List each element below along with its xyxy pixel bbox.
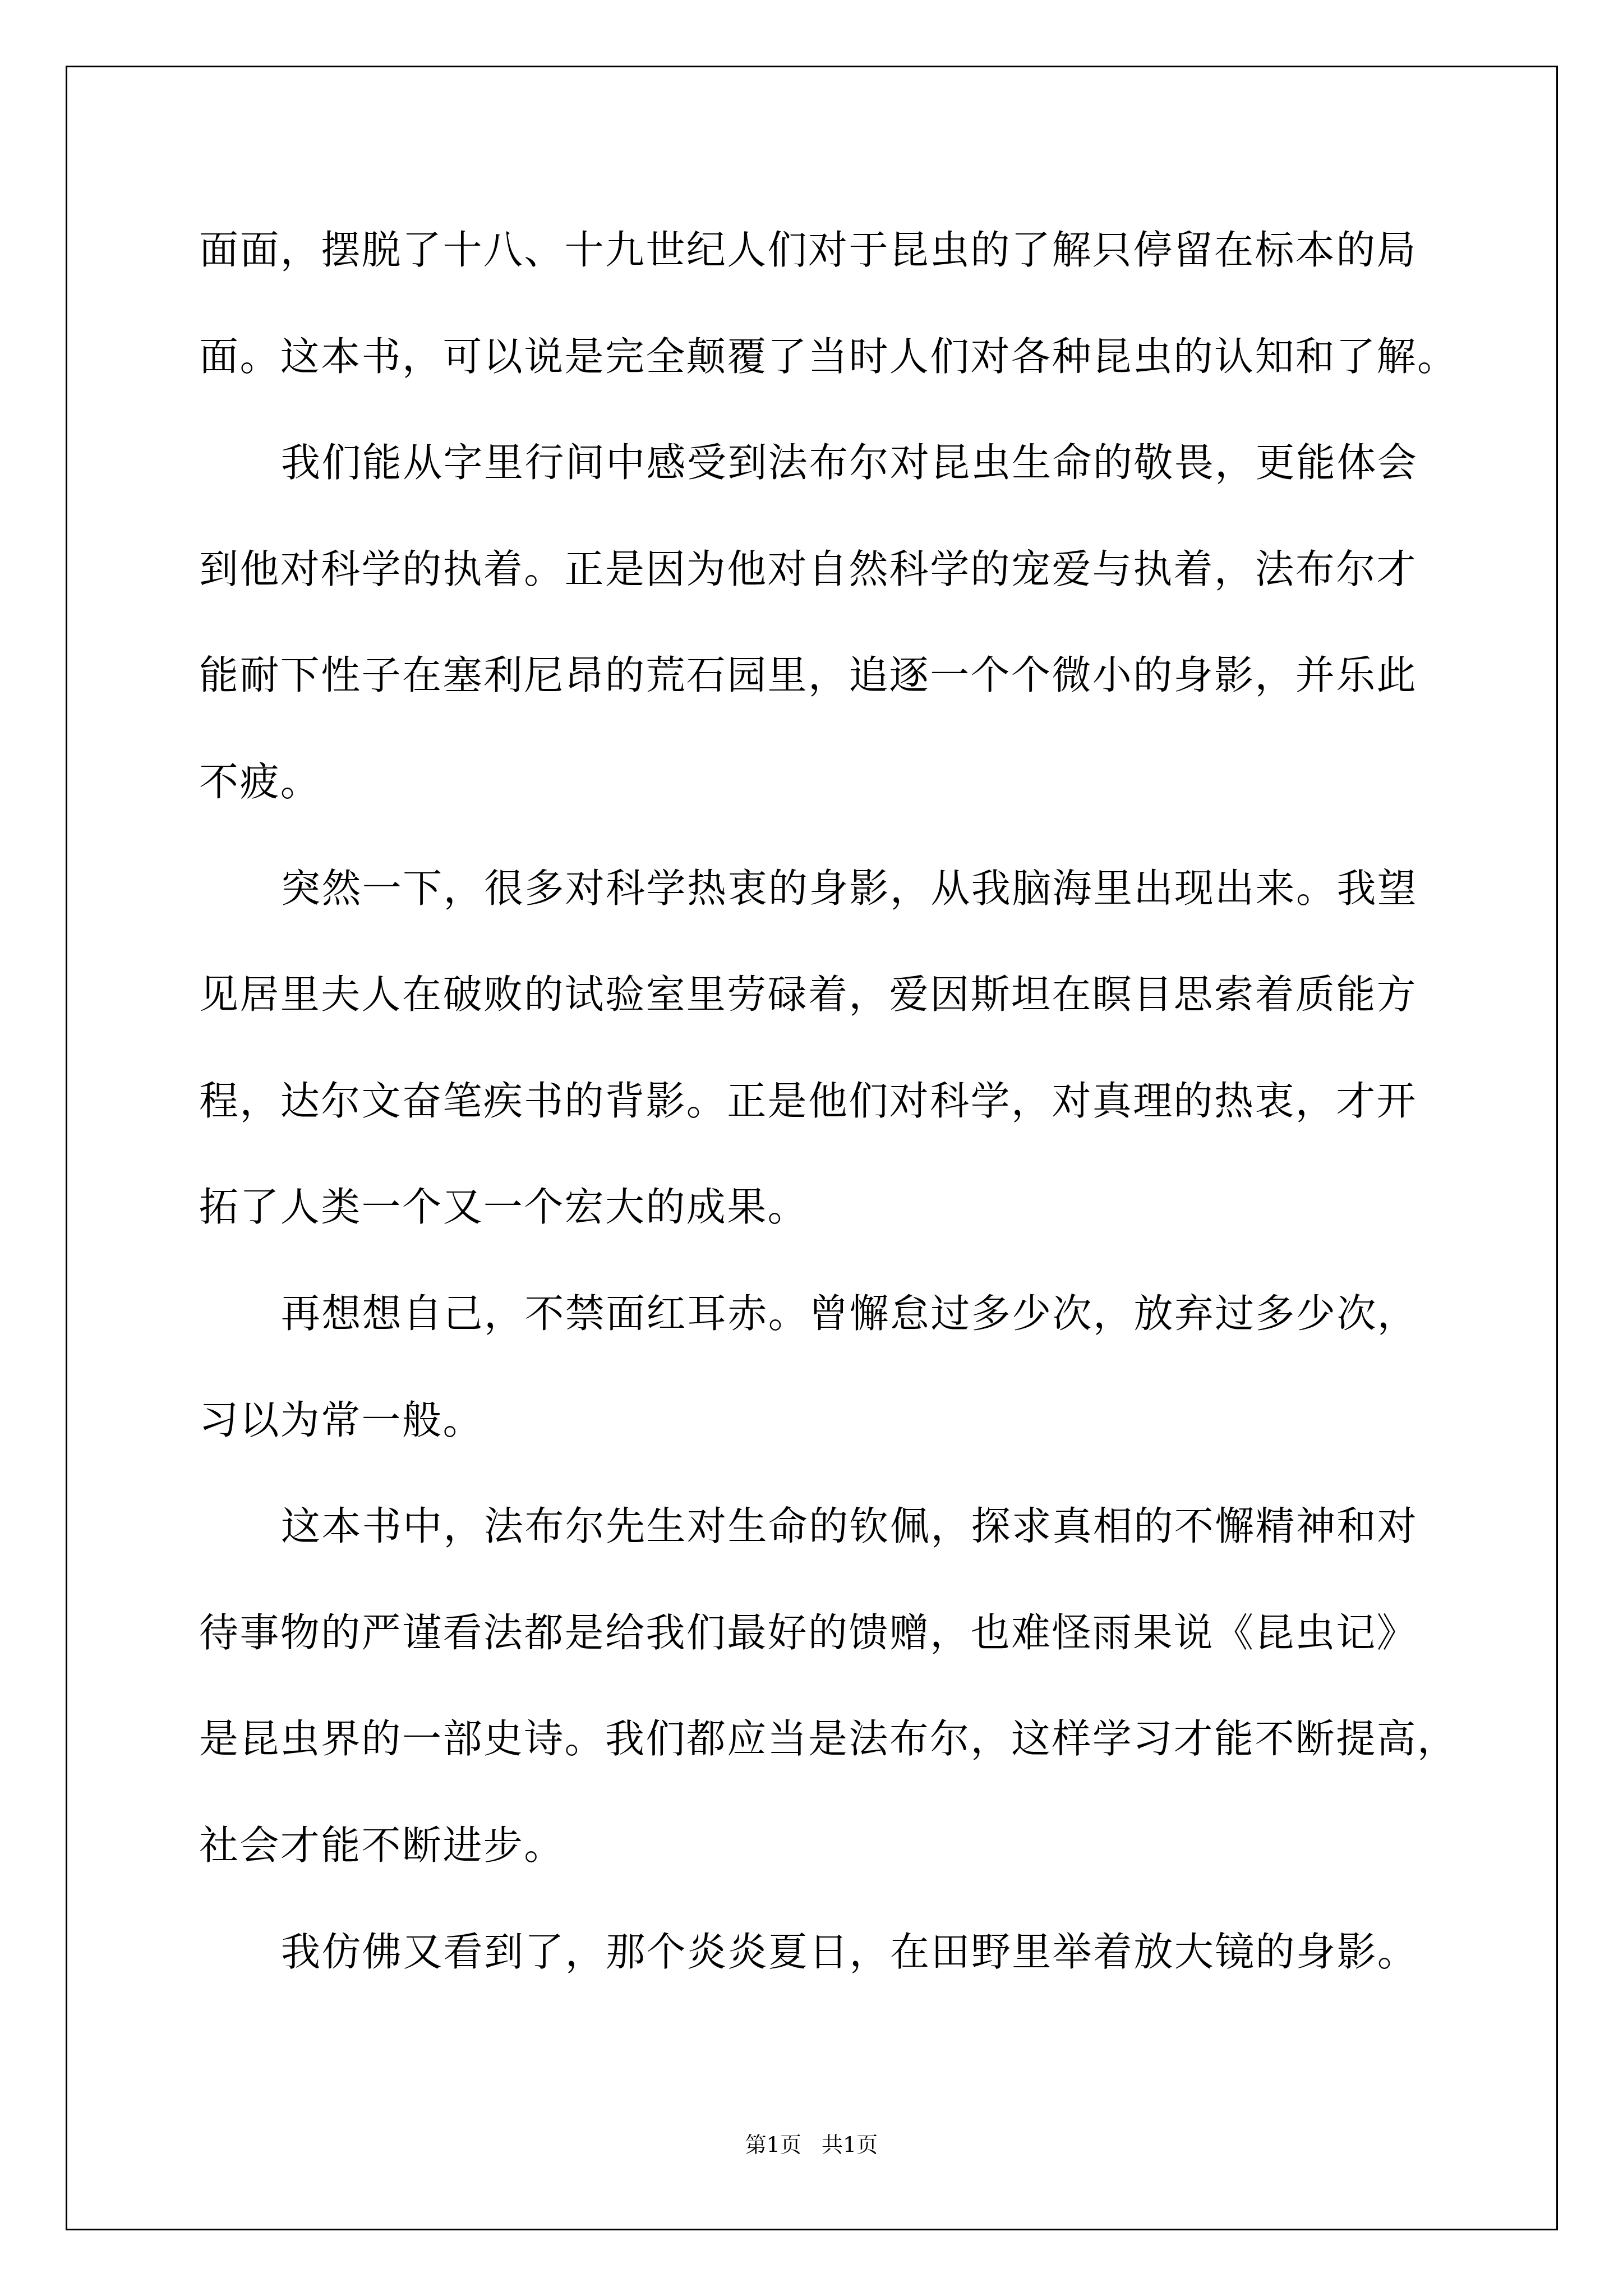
- document-body: 面面，摆脱了十八、十九世纪人们对于昆虫的了解只停留在标本的局 面。这本书，可以说…: [199, 197, 1422, 2005]
- text-line: 待事物的严谨看法都是给我们最好的馈赠，也难怪雨果说《昆虫记》: [199, 1580, 1422, 1687]
- text-line: 突然一下，很多对科学热衷的身影，从我脑海里出现出来。我望: [199, 836, 1422, 942]
- page-number-footer: 第1页 共1页: [0, 2129, 1623, 2160]
- text-line: 拓了人类一个又一个宏大的成果。: [199, 1154, 1422, 1261]
- text-line: 我仿佛又看到了，那个炎炎夏日，在田野里举着放大镜的身影。: [199, 1899, 1422, 2006]
- text-line: 习以为常一般。: [199, 1368, 1422, 1474]
- text-line: 不疲。: [199, 729, 1422, 836]
- text-line: 程，达尔文奋笔疾书的背影。正是他们对科学，对真理的热衷，才开: [199, 1048, 1422, 1155]
- text-line: 这本书中，法布尔先生对生命的钦佩，探求真相的不懈精神和对: [199, 1474, 1422, 1580]
- text-line: 再想想自己，不禁面红耳赤。曾懈怠过多少次，放弃过多少次，: [199, 1261, 1422, 1368]
- text-line: 面面，摆脱了十八、十九世纪人们对于昆虫的了解只停留在标本的局: [199, 197, 1422, 304]
- text-line: 见居里夫人在破败的试验室里劳碌着，爱因斯坦在瞑目思索着质能方: [199, 942, 1422, 1048]
- text-line: 面。这本书，可以说是完全颠覆了当时人们对各种昆虫的认知和了解。: [199, 304, 1422, 411]
- text-line: 能耐下性子在塞利尼昂的荒石园里，追逐一个个微小的身影，并乐此: [199, 623, 1422, 729]
- text-line: 社会才能不断进步。: [199, 1793, 1422, 1899]
- text-line: 是昆虫界的一部史诗。我们都应当是法布尔，这样学习才能不断提高，: [199, 1686, 1422, 1793]
- text-line: 到他对科学的执着。正是因为他对自然科学的宠爱与执着，法布尔才: [199, 517, 1422, 623]
- text-line: 我们能从字里行间中感受到法布尔对昆虫生命的敬畏，更能体会: [199, 410, 1422, 517]
